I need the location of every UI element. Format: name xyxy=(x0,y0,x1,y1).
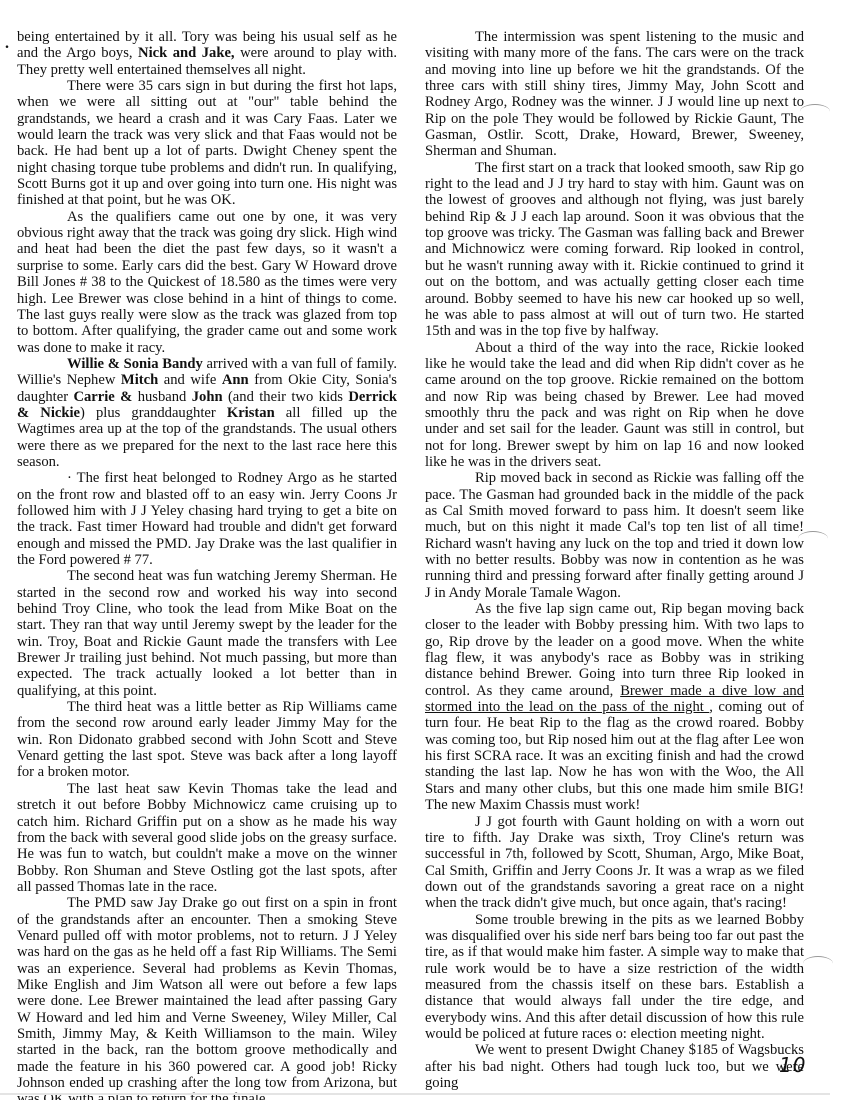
paragraph-third-heat: The third heat was a little better as Ri… xyxy=(17,699,397,781)
paragraph-car-count: There were 35 cars sign in but during th… xyxy=(17,78,397,209)
scan-bullet-mark: . xyxy=(5,35,9,53)
paragraph-bandy-family: Willie & Sonia Bandy arrived with a van … xyxy=(17,356,397,470)
paragraph-disqualification: Some trouble brewing in the pits as we l… xyxy=(425,912,804,1043)
paragraph-last-heat: The last heat saw Kevin Thomas take the … xyxy=(17,781,397,895)
paragraph-rip-second: Rip moved back in second as Rickie was f… xyxy=(425,470,804,601)
scan-curl-mark xyxy=(803,956,833,971)
paragraph-pmd-semi: The PMD saw Jay Drake go out first on a … xyxy=(17,895,397,1100)
paragraph-results: J J got fourth with Gaunt holding on wit… xyxy=(425,814,804,912)
paragraph-first-start: The first start on a track that looked s… xyxy=(425,160,804,340)
scan-curl-mark xyxy=(798,531,828,546)
bold-names: Nick and Jake, xyxy=(138,45,235,61)
paragraph-qualifying: As the qualifiers came out one by one, i… xyxy=(17,209,397,356)
left-column: being entertained by it all. Tory was be… xyxy=(17,29,397,1100)
paragraph-second-heat: The second heat was fun watching Jeremy … xyxy=(17,568,397,699)
paragraph-intermission: The intermission was spent listening to … xyxy=(425,29,804,160)
paragraph-wagsbucks: We went to present Dwight Chaney $185 of… xyxy=(425,1042,804,1091)
scan-curl-mark xyxy=(800,104,830,119)
right-column: The intermission was spent listening to … xyxy=(425,29,804,1091)
paragraph-first-heat: · The first heat belonged to Rodney Argo… xyxy=(17,470,397,568)
paragraph-continuation: being entertained by it all. Tory was be… xyxy=(17,29,397,78)
paragraph-third-of-race: About a third of the way into the race, … xyxy=(425,340,804,471)
scan-bottom-edge xyxy=(0,1093,830,1095)
page-number: 10 xyxy=(779,1053,806,1077)
paragraph-finish: As the five lap sign came out, Rip began… xyxy=(425,601,804,813)
